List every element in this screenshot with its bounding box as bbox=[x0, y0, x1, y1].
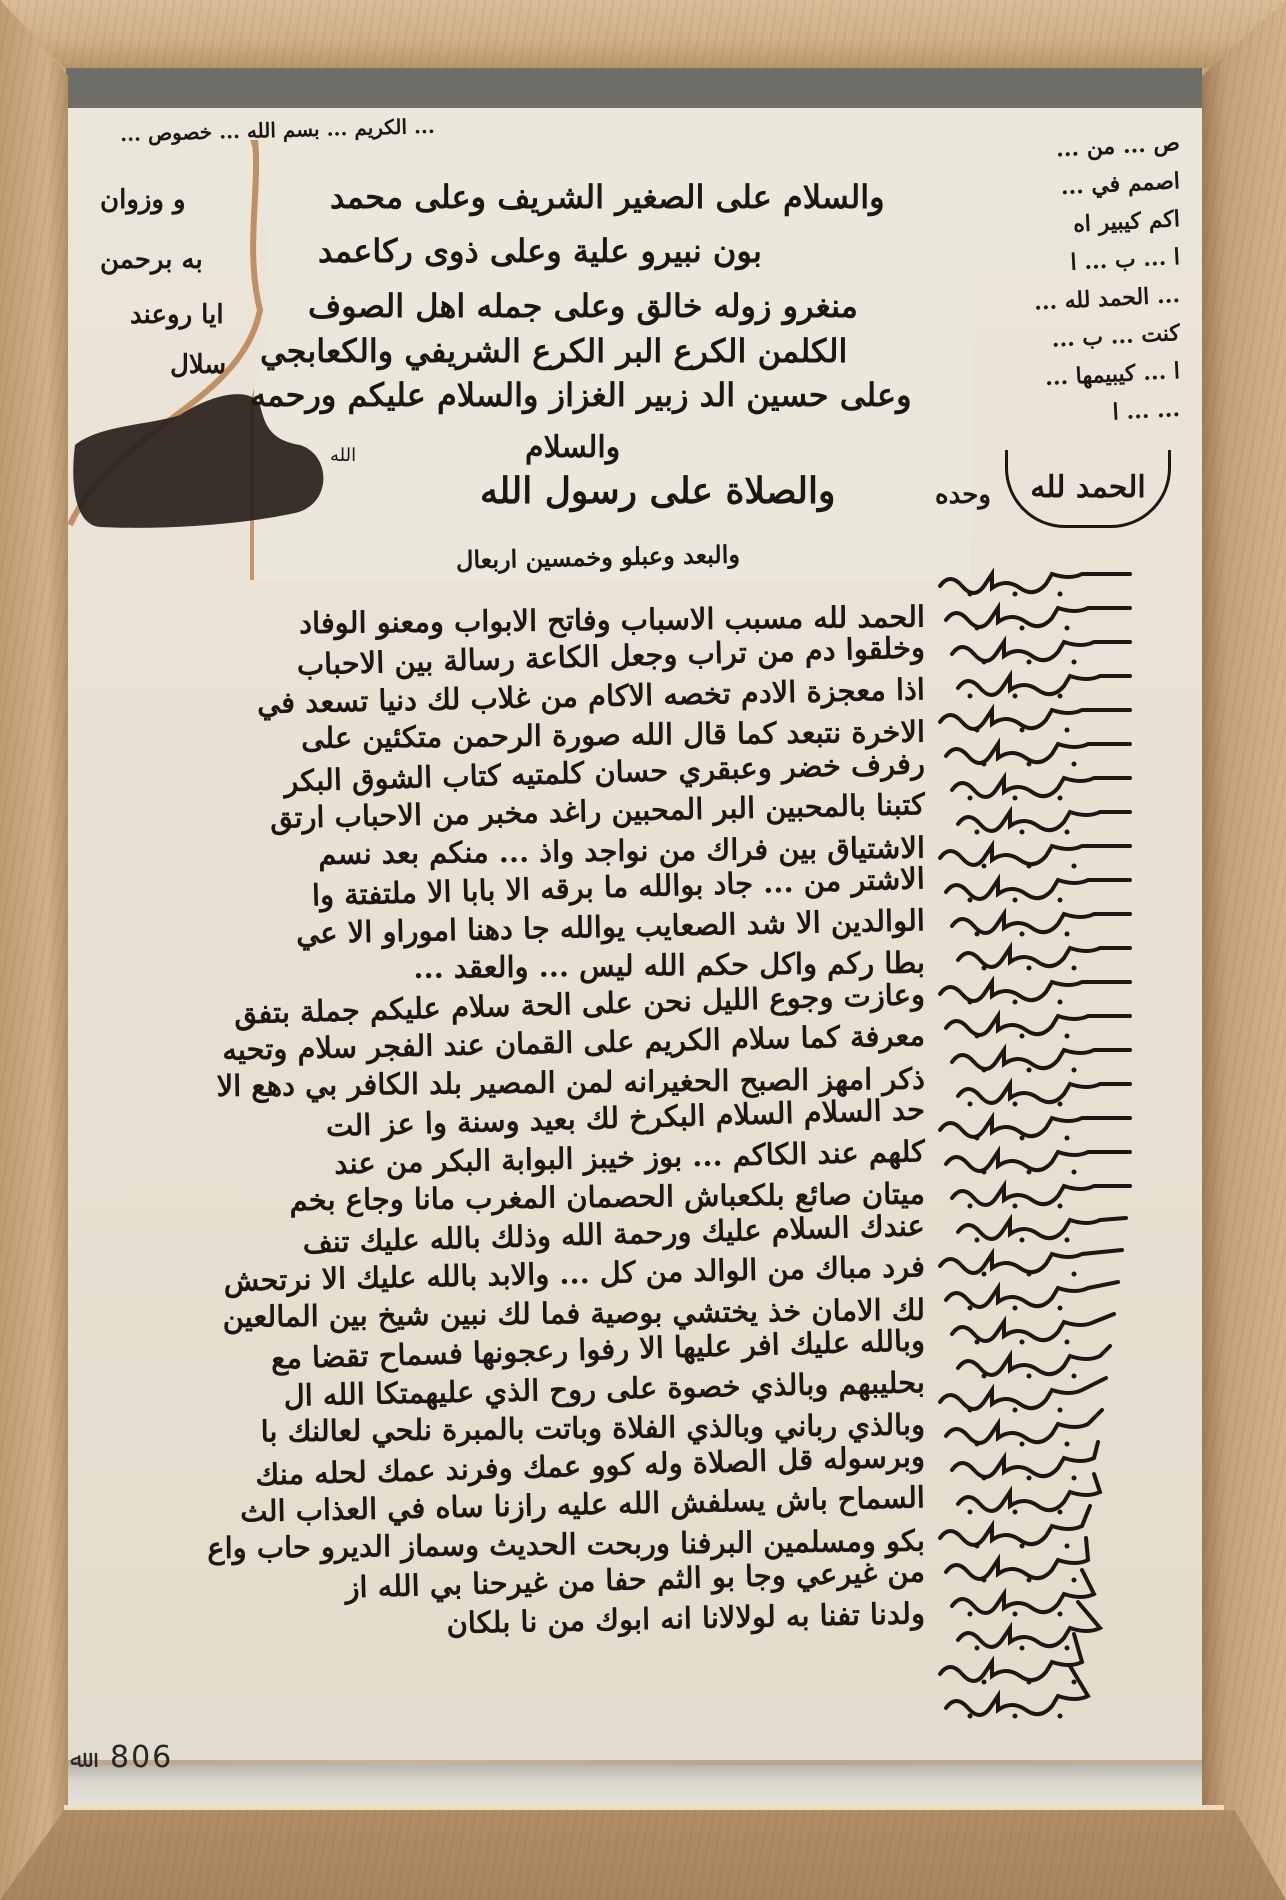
left-fragment-2: به برحمن bbox=[100, 245, 203, 275]
patch-line-2: بون نبيرو علية وعلى ذوى ركاعمد bbox=[318, 232, 762, 270]
patch-line-5: وعلى حسين الد زبير الغزاز والسلام عليكم … bbox=[250, 376, 912, 414]
patch-line-3: منغرو زوله خالق وعلى جمله اهل الصوف bbox=[308, 287, 858, 325]
frame-top bbox=[0, 0, 1286, 68]
paper-bottom-edge bbox=[66, 1765, 1202, 1807]
left-fragment-5: الله bbox=[330, 445, 356, 466]
circled-note-side: وحده bbox=[935, 480, 991, 510]
circled-note: الحمد لله bbox=[1005, 450, 1171, 528]
patch-line-6: والسلام bbox=[525, 430, 620, 465]
patch-line-4: الكلمن الكرع البر الكرع الشريفي والكعابج… bbox=[260, 332, 847, 370]
frame-right bbox=[1202, 0, 1286, 1900]
patch-line-7: والصلاة على رسول الله bbox=[480, 470, 835, 512]
folio-number: 806 bbox=[110, 1740, 173, 1775]
left-fragment-3: ايا روعند bbox=[130, 300, 224, 330]
margin-commentary-strokes bbox=[930, 560, 1160, 1740]
left-fragment-1: و وزوان bbox=[100, 185, 186, 215]
circled-note-text: الحمد لله bbox=[1030, 470, 1146, 505]
frame-bottom bbox=[0, 1810, 1286, 1900]
folio-mark: ﷲ bbox=[70, 1745, 84, 1773]
patch-line-1: والسلام على الصغير الشريف وعلى محمد bbox=[330, 178, 885, 216]
left-fragment-4: سلال bbox=[170, 350, 226, 380]
frame-left bbox=[0, 0, 68, 1900]
